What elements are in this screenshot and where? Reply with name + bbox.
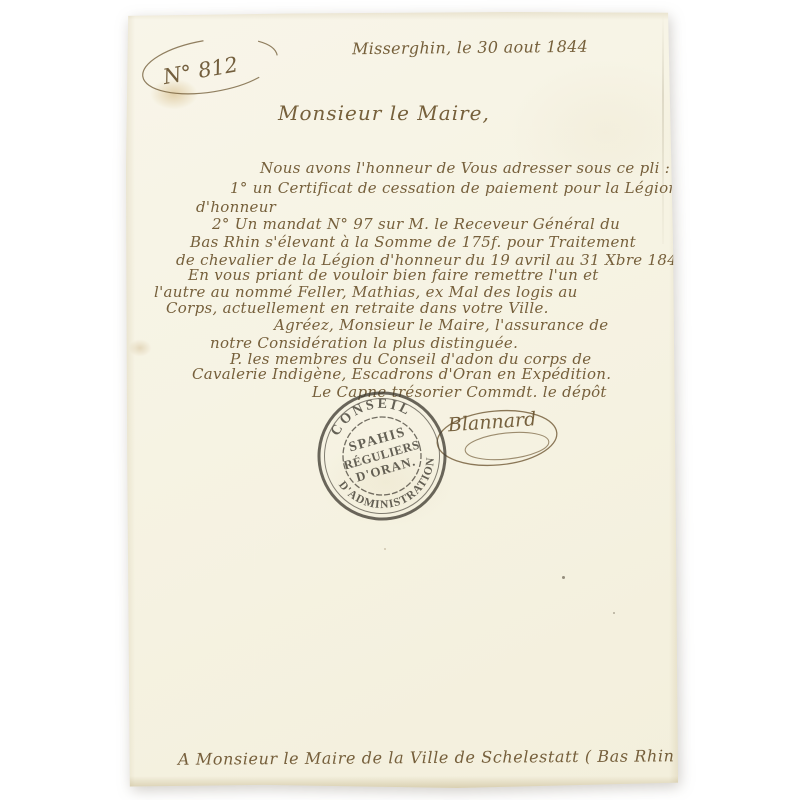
reference-number: N° 812	[160, 52, 240, 89]
foxing-speck	[613, 612, 615, 614]
letter-body-line: 1° un Certificat de cessation de paiemen…	[230, 179, 678, 197]
letter-body-line: En vous priant de vouloir bien faire rem…	[188, 266, 599, 284]
letter-body-line: 2° Un mandat N° 97 sur M. le Receveur Gé…	[212, 215, 620, 233]
letter-paper: N° 812 Misserghin, le 30 aout 1844 Monsi…	[126, 12, 678, 788]
foxing-speck	[384, 548, 386, 550]
reference-number-oval: N° 812	[132, 28, 292, 104]
paper-wrapper: N° 812 Misserghin, le 30 aout 1844 Monsi…	[126, 12, 678, 788]
address-line: A Monsieur le Maire de la Ville de Schel…	[178, 746, 687, 769]
letter-body-line: d'honneur	[196, 198, 276, 216]
letter-body-line: Corps, actuellement en retraite dans vot…	[166, 299, 549, 317]
letter-body-line: Agréez, Monsieur le Maire, l'assurance d…	[274, 316, 608, 334]
salutation: Monsieur le Maire,	[278, 101, 490, 125]
photo-background: N° 812 Misserghin, le 30 aout 1844 Monsi…	[0, 0, 800, 800]
foxing-speck	[562, 576, 565, 579]
letter-body-line: Bas Rhin s'élevant à la Somme de 175f. p…	[190, 233, 636, 251]
letter-body-line: Nous avons l'honneur de Vous adresser so…	[260, 159, 670, 177]
dateline: Misserghin, le 30 aout 1844	[352, 37, 588, 58]
administration-stamp: CONSEIL D'ADMINISTRATION SPAHIS RÉGULIER…	[297, 371, 467, 541]
paper-crease	[662, 14, 664, 244]
